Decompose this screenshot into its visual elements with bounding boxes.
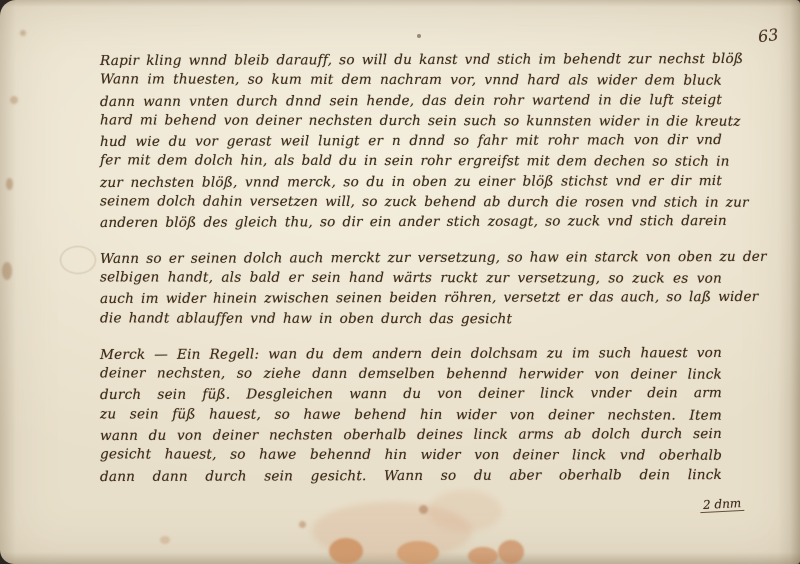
folio-number: 63 [757, 25, 780, 46]
stain [2, 262, 12, 280]
stain [60, 246, 96, 274]
text-line: Wann im thuesten, so kum mit dem nachram… [100, 70, 722, 92]
text-line: Merck — Ein Regell: wan du dem andern de… [100, 343, 722, 365]
text-line: selbigen handt, als bald er sein hand wä… [100, 267, 722, 289]
text-line: seinem dolch dahin versetzen will, so zu… [100, 191, 722, 213]
stain [498, 540, 524, 564]
paragraph-1: Rapir kling wnnd bleib darauff, so will … [100, 50, 722, 233]
text-line: wann du von deiner nechsten oberhalb dei… [100, 424, 722, 446]
text-line: hard mi behend von deiner nechsten durch… [100, 110, 722, 132]
stain [299, 521, 306, 528]
stain [20, 30, 26, 36]
stain [10, 96, 18, 104]
stain [428, 490, 502, 532]
manuscript-page: 63 Rapir kling wnnd bleib darauff, so wi… [0, 0, 800, 564]
stain [419, 505, 428, 514]
text-line: anderen blöß des gleich thu, so dir ein … [100, 211, 722, 233]
text-line: zu sein füß hauest, so hawe behend hin w… [100, 404, 722, 426]
stain [468, 547, 498, 564]
text-line: fer mit dem dolch hin, als bald du in se… [100, 151, 722, 173]
stain [160, 536, 170, 544]
text-line: Rapir kling wnnd bleib darauff, so will … [100, 49, 722, 71]
text-block: Rapir kling wnnd bleib darauff, so will … [100, 50, 722, 486]
paragraph-3: Merck — Ein Regell: wan du dem andern de… [100, 344, 722, 486]
text-line: dann dann durch sein gesicht. Wann so du… [100, 465, 722, 487]
catchword: 2 dnm [699, 496, 744, 513]
text-line: hud wie du vor gerast weil lunigt er n d… [100, 130, 722, 152]
stain [397, 541, 439, 564]
text-line: dann wann vnten durch dnnd sein hende, d… [100, 90, 722, 112]
paragraph-2: Wann so er seinen dolch auch merckt zur … [100, 248, 722, 329]
text-line: gesicht hauest, so hawe behennd hin wide… [100, 445, 722, 467]
text-line: deiner nechsten, so ziehe dann demselben… [100, 364, 722, 386]
text-line: durch sein füß. Desgleichen wann du von … [100, 383, 722, 405]
stain [312, 502, 472, 560]
ink-speck [417, 34, 421, 38]
text-line: zur nechsten blöß, vnnd merck, so du in … [100, 171, 722, 193]
stain [329, 538, 363, 564]
text-line: Wann so er seinen dolch auch merckt zur … [100, 247, 722, 269]
text-line: die handt ablauffen vnd haw in oben durc… [100, 308, 722, 330]
stain [6, 178, 13, 190]
photo-background: 63 Rapir kling wnnd bleib darauff, so wi… [0, 0, 800, 564]
text-line: auch im wider hinein zwischen seinen bei… [100, 287, 722, 309]
